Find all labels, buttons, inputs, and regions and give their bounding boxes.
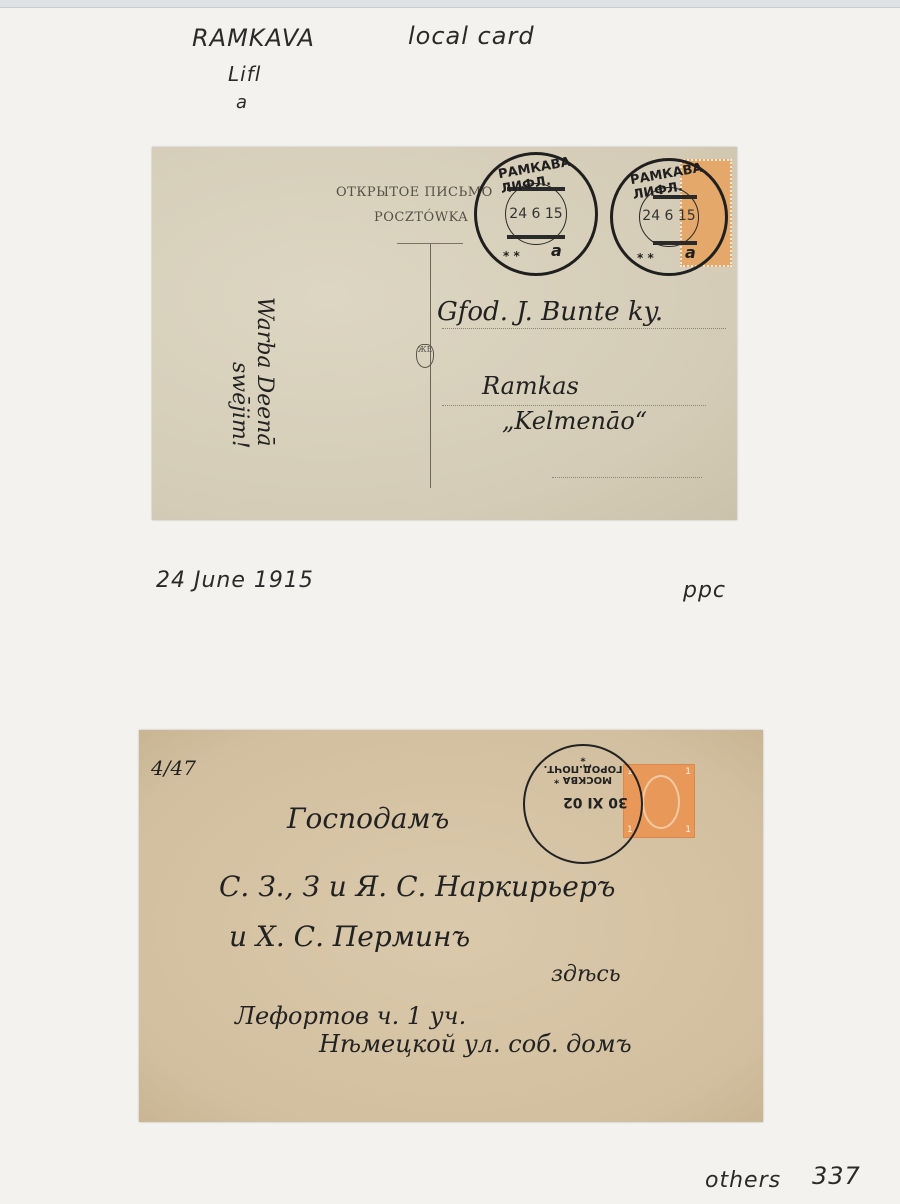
printed-title-pl: POCZTÓWKA	[374, 210, 468, 225]
annotation-subtitle: Lifl	[228, 62, 261, 86]
postcard: ОТКРЫТОЕ ПИСЬМО POCZTÓWKA ЖЕ 24 6 15 РАМ…	[152, 147, 737, 520]
address-line: Нѣмецкой ул. соб. домъ	[319, 1030, 632, 1058]
divider-line	[430, 244, 431, 488]
address-line	[442, 328, 726, 329]
annotation-date: 24 June 1915	[156, 568, 314, 593]
page-number: 337	[812, 1162, 861, 1190]
message-line: Warba Deenā	[252, 297, 277, 447]
postmark: 24 6 15 РАМКАВА ЛИФЛ. a * *	[474, 152, 598, 276]
address-line	[442, 405, 706, 406]
annotation-title: RAMKAVA	[192, 24, 315, 52]
address-line: и Х. С. Перминъ	[229, 920, 470, 953]
inventory-note: 4/47	[151, 756, 196, 780]
address-city: Ramkas	[482, 372, 579, 400]
address-line: Лефортов ч. 1 уч.	[235, 1002, 466, 1030]
annotation-item-type: ppc	[683, 578, 726, 603]
postmark: 24 6 15 РАМКАВА ЛИФЛ. a * *	[610, 158, 728, 276]
scanner-edge	[0, 0, 900, 8]
publisher-logo: ЖЕ	[416, 344, 434, 368]
annotation-category: others	[705, 1168, 781, 1193]
address-line	[552, 477, 702, 478]
cover: 4/47 1 1 1 1 МОСКВА * ГОРОД.ПОЧТ. * 30 X…	[139, 730, 763, 1122]
postmark: МОСКВА * ГОРОД.ПОЧТ. * 30 XI 02	[523, 744, 643, 864]
address-line: здѣсь	[551, 962, 621, 987]
message-line: swējim!	[227, 362, 252, 449]
address-recipient: Gfod. J. Bunte ky.	[437, 297, 663, 327]
address-line: Господамъ	[287, 802, 449, 835]
printed-title-ru: ОТКРЫТОЕ ПИСЬМО	[336, 185, 493, 200]
annotation-type: local card	[408, 22, 535, 50]
address-line: С. З., З и Я. С. Наркирьеръ	[219, 870, 615, 903]
annotation-variant: a	[236, 92, 248, 113]
address-place: „Kelmenāo“	[502, 407, 647, 435]
